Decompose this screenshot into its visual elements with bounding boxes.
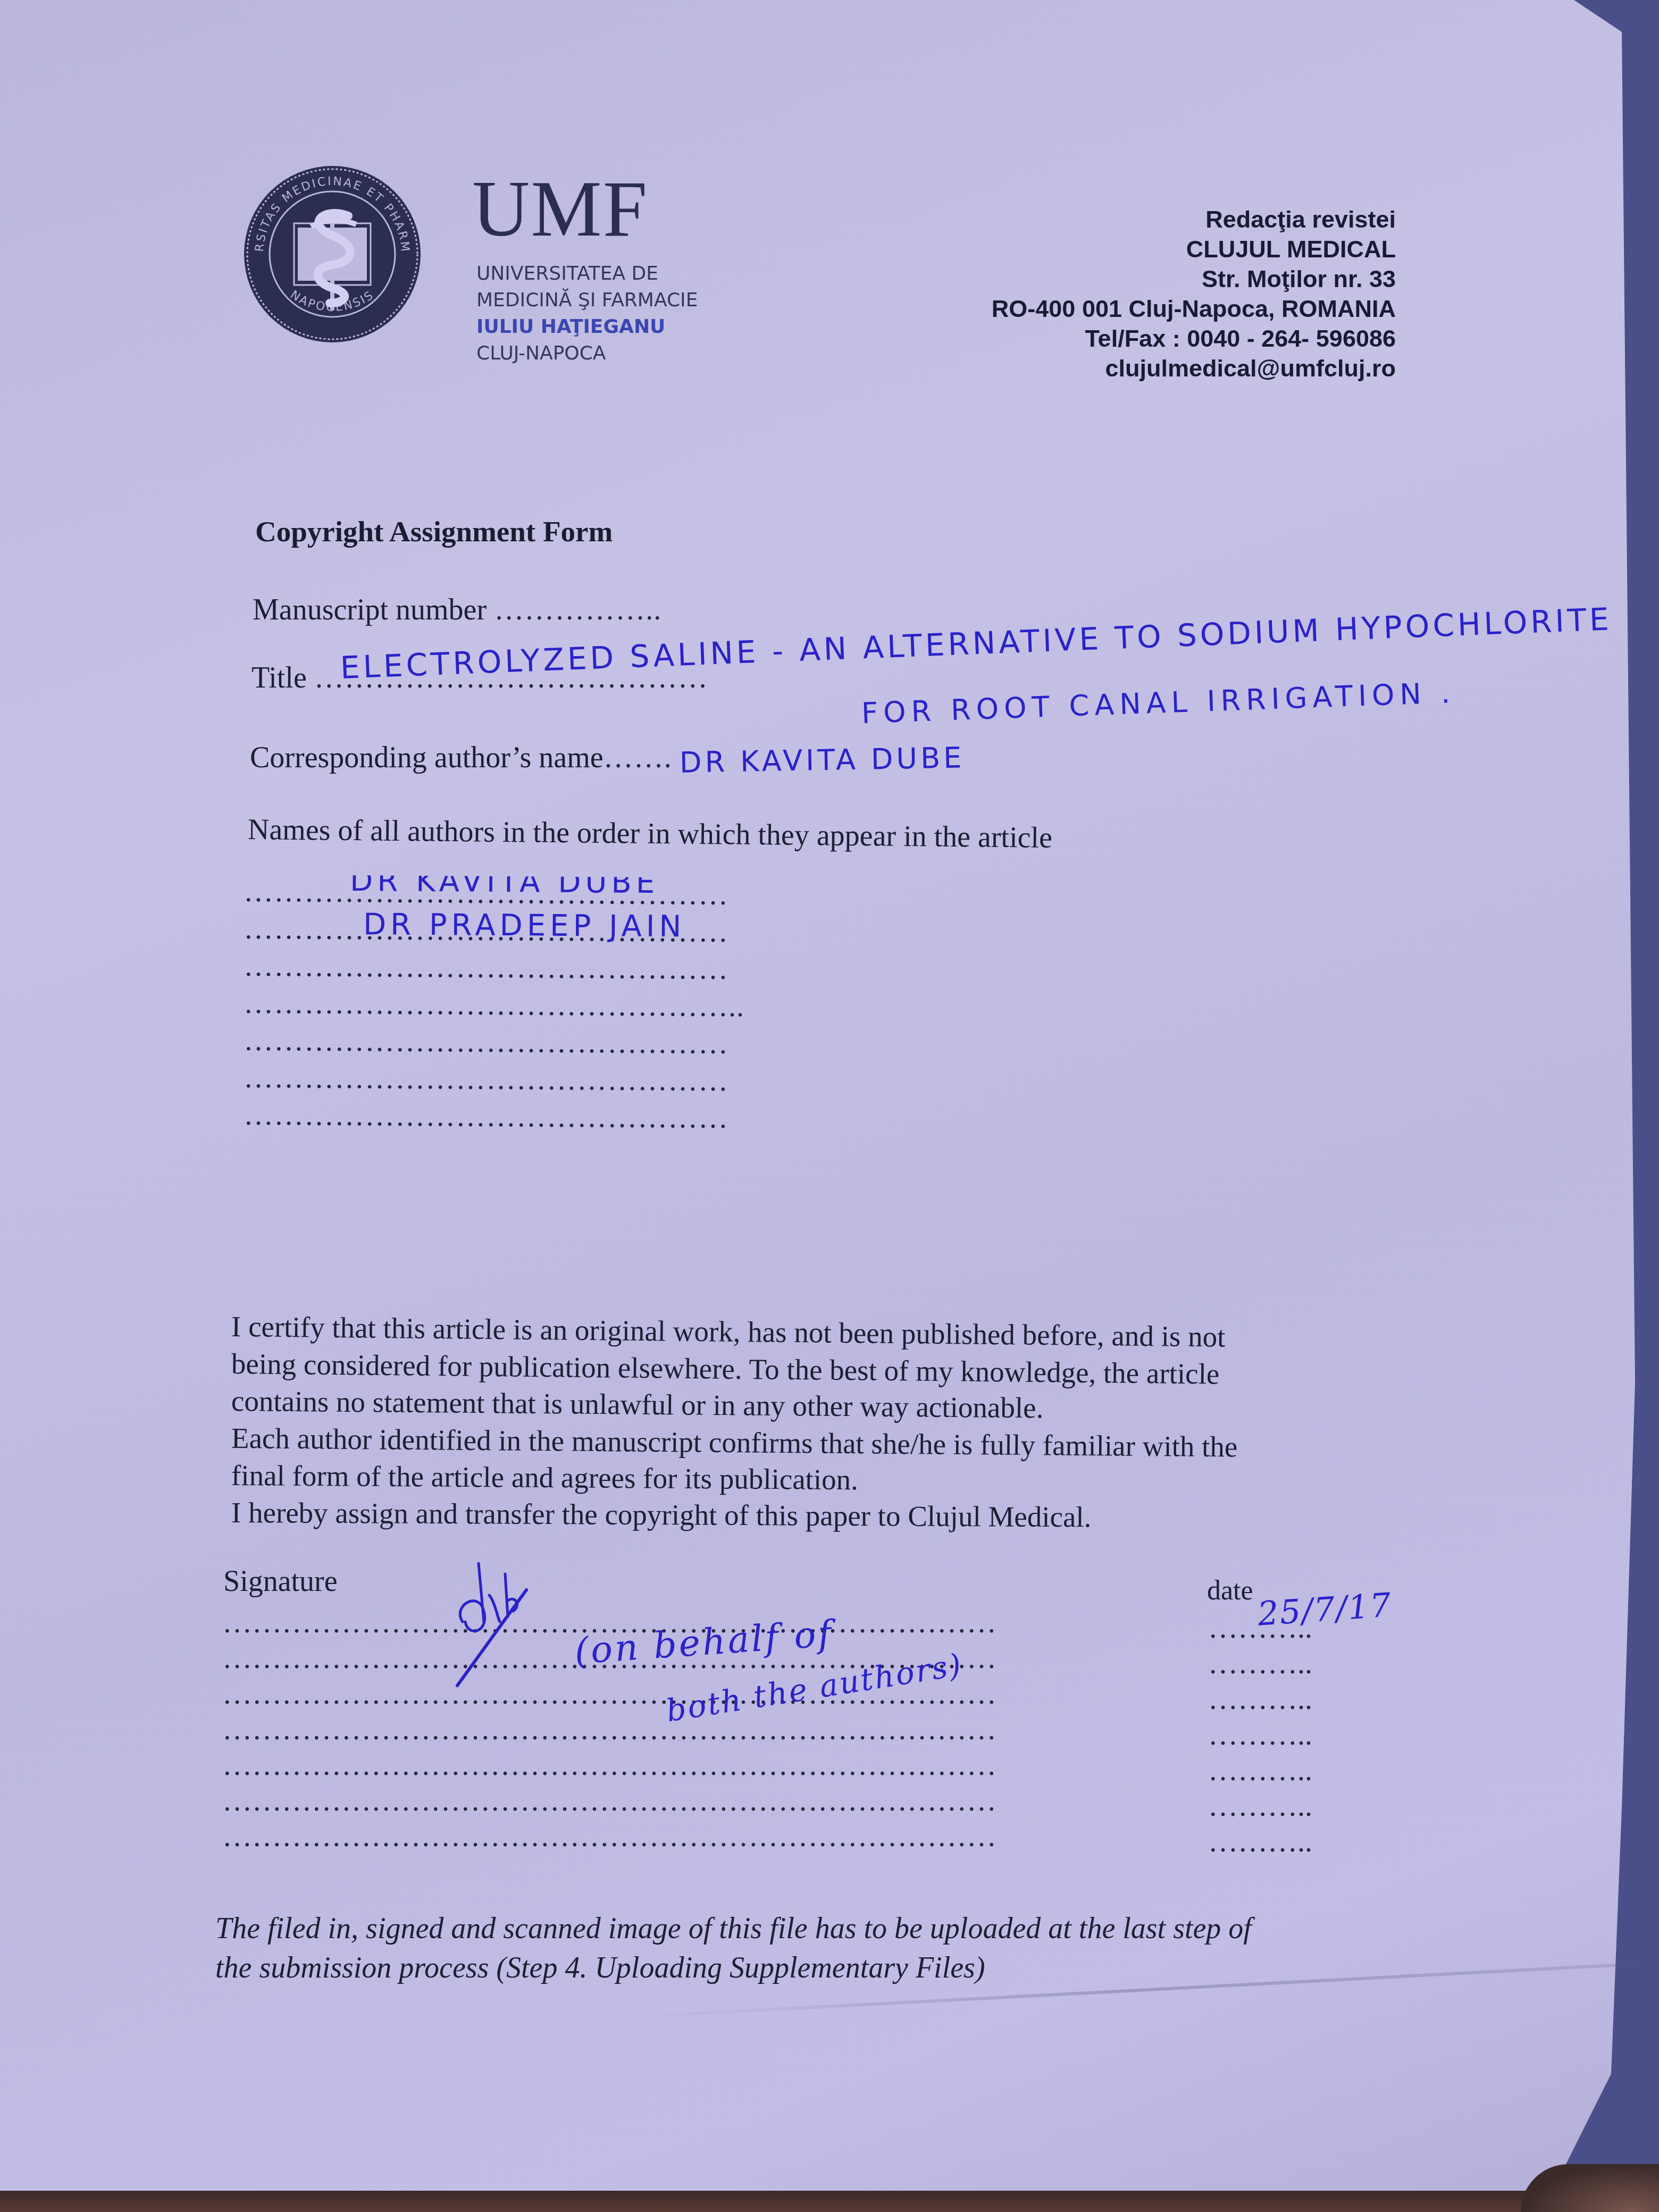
- manuscript-number-label: Manuscript number: [253, 593, 487, 626]
- university-name-line: UNIVERSITATEA DE: [476, 261, 698, 287]
- corresponding-author-label: Corresponding author’s name: [250, 741, 604, 774]
- university-seal-icon: UNIVERSITAS MEDICINAE ET PHARMACIAE NAPO…: [242, 164, 423, 345]
- signature-row[interactable]: ……………………………………………………………………: [222, 1713, 1052, 1748]
- date-row[interactable]: ………..: [1208, 1718, 1325, 1754]
- form-title: Copyright Assignment Form: [255, 515, 613, 548]
- author-row[interactable]: …………………………………………..: [244, 986, 754, 1027]
- signature-label: Signature: [223, 1564, 338, 1598]
- corresponding-author-field[interactable]: Corresponding author’s name…….: [250, 741, 672, 775]
- date-row[interactable]: ………..: [1208, 1682, 1325, 1718]
- author-row[interactable]: …………………………………………: [244, 1024, 754, 1065]
- upload-instruction: The filed in, signed and scanned image o…: [215, 1909, 1438, 1988]
- date-row[interactable]: ………..: [1208, 1825, 1325, 1861]
- author-row[interactable]: …………………………………………DR PRADEEP JAIN: [244, 912, 754, 953]
- upload-instruction-line: the submission process (Step 4. Uploadin…: [215, 1948, 1438, 1988]
- umf-acronym: UMF: [472, 169, 648, 249]
- signature-row[interactable]: ……………………………………………………………………: [222, 1820, 1052, 1855]
- address-line: Str. Moţilor nr. 33: [992, 264, 1396, 294]
- handwritten-signature: [447, 1558, 606, 1694]
- author-row-dots: …………………………………………: [244, 950, 728, 986]
- university-name-line: CLUJ-NAPOCA: [476, 340, 698, 367]
- date-lines[interactable]: ………..………..………..………..………..………..………..: [1208, 1611, 1325, 1861]
- author-row[interactable]: …………………………………………DR KAVITA DUBE: [244, 875, 754, 916]
- author-handwritten-name: DR KAVITA DUBE: [350, 875, 659, 900]
- author-row[interactable]: …………………………………………: [244, 1061, 754, 1102]
- university-name: UNIVERSITATEA DE MEDICINĂ ŞI FARMACIE IU…: [476, 261, 698, 367]
- university-name-line: MEDICINĂ ŞI FARMACIE: [476, 287, 698, 314]
- address-email: clujulmedical@umfcluj.ro: [992, 354, 1396, 383]
- signature-row[interactable]: ……………………………………………………………………: [222, 1784, 1052, 1820]
- author-row[interactable]: …………………………………………: [244, 949, 754, 990]
- authors-list: …………………………………………DR KAVITA DUBE……………………………: [244, 876, 754, 1137]
- author-handwritten-name: DR PRADEEP JAIN: [363, 912, 686, 944]
- certification-line: I hereby assign and transfer the copyrig…: [231, 1494, 1401, 1538]
- address-line: Tel/Fax : 0040 - 264- 596086: [992, 324, 1396, 354]
- corresponding-author-dots: …….: [604, 741, 672, 774]
- address-line: Redacţia revistei: [992, 205, 1396, 234]
- upload-instruction-line: The filed in, signed and scanned image o…: [215, 1909, 1438, 1948]
- date-label: date: [1207, 1575, 1253, 1606]
- author-row-dots: …………………………………………: [244, 1099, 728, 1135]
- date-row[interactable]: ………..: [1208, 1789, 1325, 1825]
- manuscript-number-dots: ……………..: [494, 593, 661, 626]
- university-name-line: IULIU HAŢIEGANU: [476, 314, 698, 340]
- corresponding-author-handwritten: DR KAVITA DUBE: [679, 741, 965, 779]
- date-row[interactable]: ………..: [1208, 1754, 1325, 1789]
- editorial-address: Redacţia revistei CLUJUL MEDICAL Str. Mo…: [992, 205, 1396, 383]
- author-row[interactable]: …………………………………………: [244, 1098, 754, 1139]
- author-row-dots: …………………………………………..: [244, 987, 744, 1024]
- title-label: Title: [252, 661, 307, 694]
- certification-text: I certify that this article is an origin…: [231, 1308, 1401, 1531]
- desk-surface: [0, 2191, 1659, 2212]
- author-row-dots: …………………………………………: [244, 1024, 728, 1060]
- manuscript-number-field[interactable]: Manuscript number ……………..: [253, 593, 661, 627]
- author-row-dots: …………………………………………: [244, 1061, 728, 1097]
- signature-row[interactable]: ……………………………………………………………………: [222, 1748, 1052, 1784]
- address-line: CLUJUL MEDICAL: [992, 234, 1396, 264]
- date-row[interactable]: ………..: [1208, 1647, 1325, 1682]
- address-line: RO-400 001 Cluj-Napoca, ROMANIA: [992, 294, 1396, 324]
